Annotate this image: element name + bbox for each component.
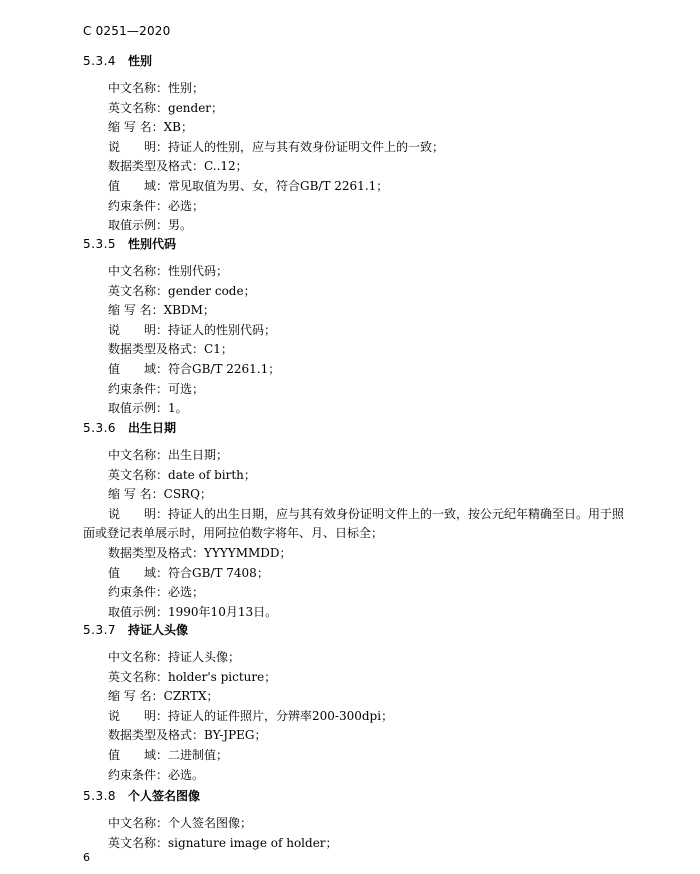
- field-value: 必选；: [168, 585, 204, 599]
- field-value: 1。: [168, 401, 188, 415]
- field-label: 缩 写 名：: [108, 487, 164, 501]
- field-value: gender code；: [168, 284, 256, 298]
- field-value: BY-JPEG；: [204, 728, 267, 742]
- section-gender: 5.3.4性别 中文名称：性别； 英文名称：gender； 缩 写 名：XB； …: [83, 51, 643, 236]
- field-value: CZRTX；: [164, 689, 219, 703]
- section-number: 5.3.5: [83, 237, 116, 251]
- field-value: 个人签名图像；: [168, 816, 252, 830]
- field-label: 约束条件：: [108, 768, 168, 782]
- field-value-domain: 值 域：二进制值；: [83, 746, 643, 766]
- field-value: signature image of holder；: [168, 836, 338, 850]
- field-example: 取值示例：1。: [83, 399, 643, 419]
- field-value: C1；: [204, 342, 233, 356]
- field-value-domain: 值 域：符合GB/T 7408；: [83, 564, 643, 584]
- standard-code-header: C 0251—2020: [83, 24, 170, 38]
- field-label: 值 域：: [108, 566, 168, 580]
- section-title: 个人签名图像: [128, 789, 200, 803]
- field-data-type: 数据类型及格式：YYYYMMDD；: [83, 544, 643, 564]
- section-heading: 5.3.8个人签名图像: [83, 786, 643, 806]
- field-label: 中文名称：: [108, 650, 168, 664]
- field-label: 约束条件：: [108, 585, 168, 599]
- field-label: 取值示例：: [108, 218, 168, 232]
- field-label: 英文名称：: [108, 101, 168, 115]
- section-heading: 5.3.7持证人头像: [83, 620, 643, 640]
- field-value: 必选。: [168, 768, 204, 782]
- field-data-type: 数据类型及格式：C..12；: [83, 157, 643, 177]
- field-constraint: 约束条件：必选；: [83, 197, 643, 217]
- field-value: 可选；: [168, 382, 204, 396]
- field-label: 值 域：: [108, 362, 168, 376]
- field-label: 说 明：: [108, 709, 168, 723]
- field-label: 数据类型及格式：: [108, 728, 204, 742]
- field-list: 中文名称：持证人头像； 英文名称：holder's picture； 缩 写 名…: [83, 648, 643, 785]
- field-value: 持证人的性别，应与其有效身份证明文件上的一致；: [168, 140, 444, 154]
- field-label: 中文名称：: [108, 264, 168, 278]
- section-title: 持证人头像: [128, 623, 188, 637]
- field-label: 说 明：: [108, 323, 168, 337]
- field-value: 必选；: [168, 199, 204, 213]
- field-value: 性别；: [168, 81, 204, 95]
- field-label: 值 域：: [108, 179, 168, 193]
- field-value-domain: 值 域：符合GB/T 2261.1；: [83, 360, 643, 380]
- field-value: XBDM；: [164, 303, 215, 317]
- field-english-name: 英文名称：gender code；: [83, 282, 643, 302]
- section-heading: 5.3.5性别代码: [83, 234, 643, 254]
- section-date-of-birth: 5.3.6出生日期 中文名称：出生日期； 英文名称：date of birth；…: [83, 418, 643, 622]
- field-list: 中文名称：性别； 英文名称：gender； 缩 写 名：XB； 说 明：持证人的…: [83, 79, 643, 236]
- section-number: 5.3.4: [83, 54, 116, 68]
- field-value: CSRQ；: [164, 487, 212, 501]
- field-list: 中文名称：个人签名图像； 英文名称：signature image of hol…: [83, 814, 643, 853]
- field-value: 符合GB/T 7408；: [168, 566, 269, 580]
- section-title: 性别: [128, 54, 152, 68]
- field-abbreviation: 缩 写 名：CZRTX；: [83, 687, 643, 707]
- field-abbreviation: 缩 写 名：CSRQ；: [83, 485, 643, 505]
- field-data-type: 数据类型及格式：BY-JPEG；: [83, 726, 643, 746]
- field-value: 常见取值为男、女，符合GB/T 2261.1；: [168, 179, 388, 193]
- field-label: 中文名称：: [108, 816, 168, 830]
- field-label: 数据类型及格式：: [108, 342, 204, 356]
- field-label: 数据类型及格式：: [108, 546, 204, 560]
- field-description: 说 明：持证人的出生日期，应与其有效身份证明文件上的一致，按公元纪年精确至日。用…: [83, 505, 635, 544]
- field-value-domain: 值 域：常见取值为男、女，符合GB/T 2261.1；: [83, 177, 643, 197]
- field-label: 英文名称：: [108, 468, 168, 482]
- section-holder-picture: 5.3.7持证人头像 中文名称：持证人头像； 英文名称：holder's pic…: [83, 620, 643, 785]
- field-label: 缩 写 名：: [108, 303, 164, 317]
- field-value: 持证人的证件照片，分辨率200-300dpi；: [168, 709, 393, 723]
- field-label: 取值示例：: [108, 401, 168, 415]
- field-label: 缩 写 名：: [108, 120, 164, 134]
- field-value: gender；: [168, 101, 223, 115]
- field-label: 英文名称：: [108, 284, 168, 298]
- field-value: 符合GB/T 2261.1；: [168, 362, 280, 376]
- field-label: 约束条件：: [108, 382, 168, 396]
- field-value: 持证人的性别代码；: [168, 323, 276, 337]
- section-number: 5.3.6: [83, 421, 116, 435]
- field-label: 说 明：: [108, 140, 168, 154]
- field-constraint: 约束条件：必选。: [83, 766, 643, 786]
- field-description: 说 明：持证人的证件照片，分辨率200-300dpi；: [83, 707, 643, 727]
- field-list: 中文名称：出生日期； 英文名称：date of birth； 缩 写 名：CSR…: [83, 446, 643, 622]
- field-label: 约束条件：: [108, 199, 168, 213]
- section-title: 出生日期: [128, 421, 176, 435]
- field-label: 英文名称：: [108, 836, 168, 850]
- field-english-name: 英文名称：date of birth；: [83, 466, 643, 486]
- field-english-name: 英文名称：gender；: [83, 99, 643, 119]
- field-abbreviation: 缩 写 名：XB；: [83, 118, 643, 138]
- page-number: 6: [83, 851, 90, 864]
- field-list: 中文名称：性别代码； 英文名称：gender code； 缩 写 名：XBDM；…: [83, 262, 643, 419]
- field-label: 值 域：: [108, 748, 168, 762]
- field-value: 男。: [168, 218, 192, 232]
- field-example: 取值示例：男。: [83, 216, 643, 236]
- field-label: 中文名称：: [108, 448, 168, 462]
- field-chinese-name: 中文名称：持证人头像；: [83, 648, 643, 668]
- field-value: C..12；: [204, 159, 248, 173]
- field-chinese-name: 中文名称：个人签名图像；: [83, 814, 643, 834]
- field-label: 缩 写 名：: [108, 689, 164, 703]
- field-value: XB；: [164, 120, 193, 134]
- section-title: 性别代码: [128, 237, 176, 251]
- field-value: 出生日期；: [168, 448, 228, 462]
- section-gender-code: 5.3.5性别代码 中文名称：性别代码； 英文名称：gender code； 缩…: [83, 234, 643, 419]
- field-constraint: 约束条件：可选；: [83, 380, 643, 400]
- field-value: date of birth；: [168, 468, 256, 482]
- section-heading: 5.3.4性别: [83, 51, 643, 71]
- field-english-name: 英文名称：holder's picture；: [83, 668, 643, 688]
- section-signature-image: 5.3.8个人签名图像 中文名称：个人签名图像； 英文名称：signature …: [83, 786, 643, 853]
- field-label: 数据类型及格式：: [108, 159, 204, 173]
- field-chinese-name: 中文名称：性别代码；: [83, 262, 643, 282]
- field-value: 二进制值；: [168, 748, 228, 762]
- field-value: YYYYMMDD；: [204, 546, 292, 560]
- field-value: 性别代码；: [168, 264, 228, 278]
- document-page: C 0251—2020 5.3.4性别 中文名称：性别； 英文名称：gender…: [0, 0, 700, 874]
- field-description: 说 明：持证人的性别代码；: [83, 321, 643, 341]
- field-abbreviation: 缩 写 名：XBDM；: [83, 301, 643, 321]
- field-value: 1990年10月13日。: [168, 605, 277, 619]
- field-label: 英文名称：: [108, 670, 168, 684]
- field-constraint: 约束条件：必选；: [83, 583, 643, 603]
- field-chinese-name: 中文名称：性别；: [83, 79, 643, 99]
- section-heading: 5.3.6出生日期: [83, 418, 643, 438]
- field-label: 中文名称：: [108, 81, 168, 95]
- field-description: 说 明：持证人的性别，应与其有效身份证明文件上的一致；: [83, 138, 643, 158]
- field-english-name: 英文名称：signature image of holder；: [83, 834, 643, 854]
- section-number: 5.3.7: [83, 623, 116, 637]
- field-chinese-name: 中文名称：出生日期；: [83, 446, 643, 466]
- field-value: holder's picture；: [168, 670, 276, 684]
- field-label: 说 明：: [108, 507, 168, 521]
- field-data-type: 数据类型及格式：C1；: [83, 340, 643, 360]
- field-value: 持证人头像；: [168, 650, 240, 664]
- field-label: 取值示例：: [108, 605, 168, 619]
- section-number: 5.3.8: [83, 789, 116, 803]
